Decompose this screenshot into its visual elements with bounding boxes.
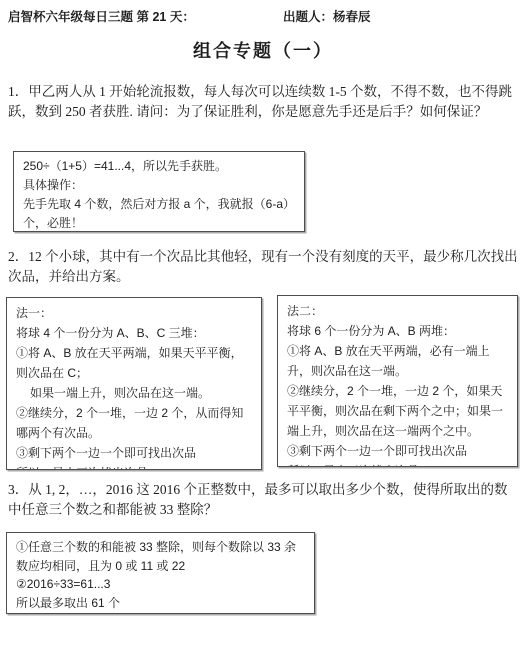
- answer-line: 法二：: [287, 301, 508, 321]
- answer-line: ①将 A、B 放在天平两端，如果天平平衡，则次品在 C；: [16, 343, 252, 383]
- answer-line: ②继续分，2 个一堆，一边 2 个，如果天平平衡，则次品在剩下两个之中；如果一端…: [287, 381, 508, 441]
- problem-2-text: 2．12 个小球，其中有一个次品比其他轻，现有一个没有刻度的天平，最少称几次找出…: [8, 247, 520, 287]
- answer-line: 所以最多取出 61 个: [16, 594, 305, 613]
- answer-line: 250÷（1+5）=41...4，所以先手获胜。: [23, 157, 295, 176]
- problem-3-text: 3．从 1, 2，…，2016 这 2016 个正整数中，最多可以取出多少个数，…: [8, 480, 520, 520]
- answer-line: ②继续分，2 个一堆，一边 2 个，从而得知哪两个有次品。: [16, 403, 252, 443]
- answer-line: 如果一端上升，则次品在这一端。: [16, 383, 252, 403]
- answer-line: 所以，最少三次找出次品。: [287, 461, 508, 467]
- answer-line: ③剩下两个一边一个即可找出次品: [16, 443, 252, 463]
- header-author: 出题人：杨春辰: [283, 7, 371, 25]
- answer-line: ③剩下两个一边一个即可找出次品: [287, 441, 508, 461]
- problem-1-text: 1．甲乙两人从 1 开始轮流报数，每人每次可以连续数 1-5 个数，不得不数，也…: [8, 82, 520, 122]
- answer-line: ①将 A、B 放在天平两端，必有一端上升，则次品在这一端。: [287, 341, 508, 381]
- answer-line: 将球 6 个一份分为 A、B 两堆：: [287, 321, 508, 341]
- problem-1-answer-box: 250÷（1+5）=41...4，所以先手获胜。 具体操作： 先手先取 4 个数…: [13, 151, 305, 232]
- problem-2-method-2-box: 法二： 将球 6 个一份分为 A、B 两堆： ①将 A、B 放在天平两端，必有一…: [277, 295, 518, 467]
- answer-line: 具体操作：: [23, 176, 295, 195]
- page-title: 组合专题（一）: [0, 37, 526, 63]
- header-course-info: 启智杯六年级每日三题 第 21 天：: [8, 7, 195, 25]
- problem-2-method-1-box: 法一： 将球 4 个一份分为 A、B、C 三堆： ①将 A、B 放在天平两端，如…: [6, 297, 262, 470]
- problem-3-answer-box: ①任意三个数的和能被 33 整除，则每个数除以 33 余数应均相同，且为 0 或…: [6, 532, 315, 614]
- answer-line: ①任意三个数的和能被 33 整除，则每个数除以 33 余数应均相同，且为 0 或…: [16, 538, 305, 575]
- answer-line: 先手先取 4 个数，然后对方报 a 个，我就报（6-a）个，必胜！: [23, 195, 295, 232]
- answer-line: 将球 4 个一份分为 A、B、C 三堆：: [16, 323, 252, 343]
- answer-line: ②2016÷33=61...3: [16, 575, 305, 594]
- answer-line: 法一：: [16, 303, 252, 323]
- worksheet-page: 启智杯六年级每日三题 第 21 天： 出题人：杨春辰 组合专题（一） 1．甲乙两…: [0, 0, 526, 670]
- answer-line: 所以，最少三次找出次品。: [16, 463, 252, 470]
